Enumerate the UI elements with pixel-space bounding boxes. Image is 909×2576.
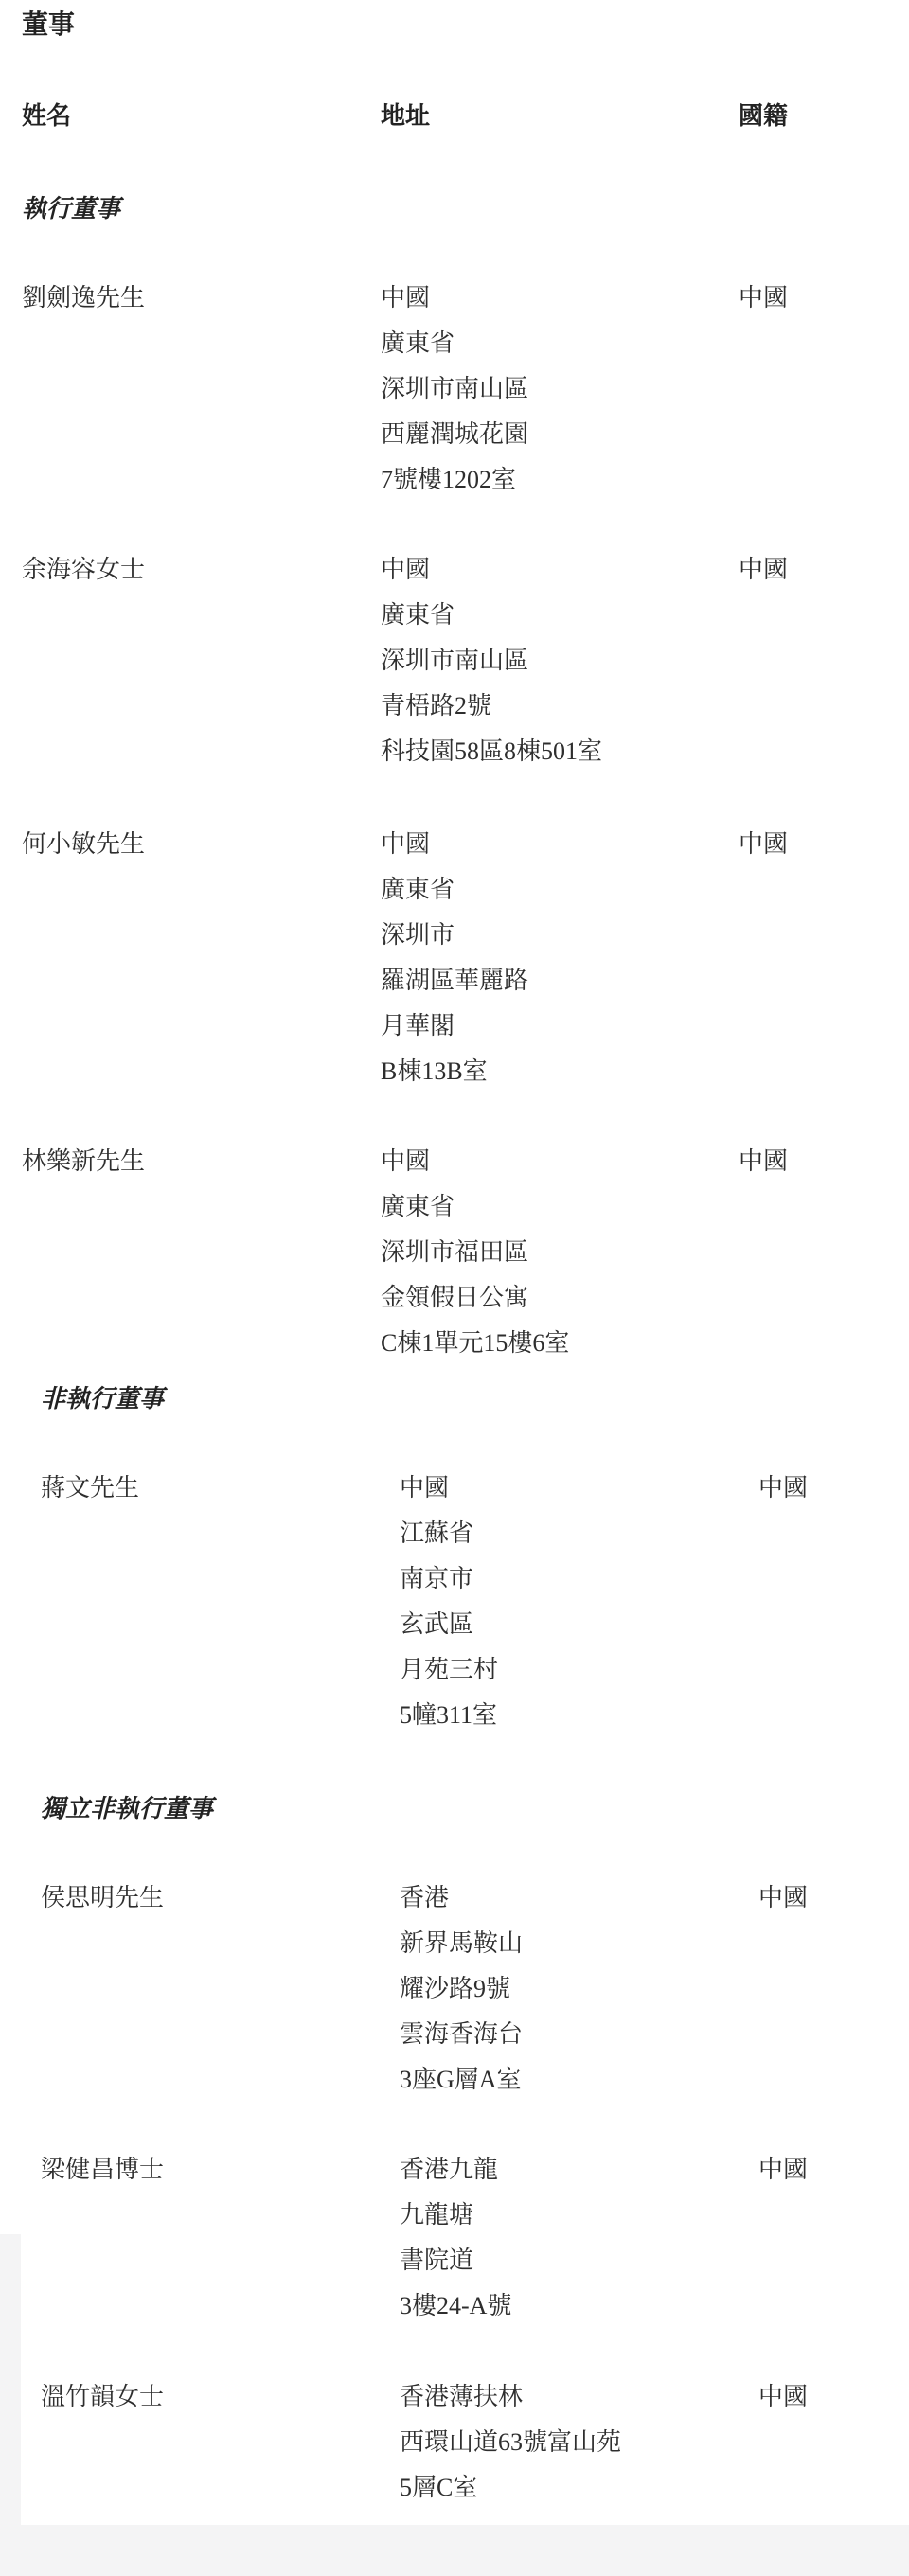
director-address: 中國 廣東省 深圳市南山區 西麗潤城花園 7號樓1202室 <box>381 275 528 503</box>
director-address: 香港九龍 九龍塘 書院道 3樓24-A號 <box>400 2147 511 2329</box>
address-line: C棟1單元15樓6室 <box>381 1321 569 1366</box>
address-line: 耀沙路9號 <box>400 1966 523 2012</box>
address-line: 中國 <box>381 275 528 321</box>
address-line: 青梧路2號 <box>381 684 602 729</box>
address-line: 廣東省 <box>381 1184 569 1230</box>
address-line: 中國 <box>381 1139 569 1184</box>
director-address: 香港薄扶林 西環山道63號富山苑 5層C室 <box>400 2374 621 2511</box>
director-address: 中國 廣東省 深圳市南山區 青梧路2號 科技園58區8棟501室 <box>381 547 602 774</box>
director-name: 余海容女士 <box>22 547 145 593</box>
address-line: 3座G層A室 <box>400 2057 523 2103</box>
address-line: 廣東省 <box>381 867 528 913</box>
address-line: 深圳市南山區 <box>381 366 528 412</box>
director-name: 蔣文先生 <box>41 1466 139 1511</box>
address-line: 7號樓1202室 <box>381 457 528 503</box>
address-line: 香港薄扶林 <box>400 2374 621 2420</box>
address-line: 中國 <box>381 547 602 593</box>
director-nationality: 中國 <box>739 547 788 593</box>
address-line: 中國 <box>400 1466 498 1511</box>
address-line: 西環山道63號富山苑 <box>400 2420 621 2465</box>
director-name: 梁健昌博士 <box>41 2147 164 2193</box>
director-nationality: 中國 <box>758 2147 808 2193</box>
address-line: 中國 <box>381 822 528 867</box>
director-name: 何小敏先生 <box>22 822 145 867</box>
director-nationality: 中國 <box>739 1139 788 1184</box>
director-nationality: 中國 <box>758 1875 808 1921</box>
page-title: 董事 <box>22 10 75 39</box>
section-heading-non-executive: 非執行董事 <box>41 1384 164 1412</box>
address-line: 南京市 <box>400 1556 498 1602</box>
director-address: 中國 廣東省 深圳市 羅湖區華麗路 月華閣 B棟13B室 <box>381 822 528 1094</box>
director-nationality: 中國 <box>758 1466 808 1511</box>
column-header-name: 姓名 <box>22 101 71 130</box>
address-line: 科技園58區8棟501室 <box>381 729 602 774</box>
address-line: 深圳市 <box>381 913 528 958</box>
address-line: 香港九龍 <box>400 2147 511 2193</box>
address-line: 新界馬鞍山 <box>400 1921 523 1966</box>
director-nationality: 中國 <box>739 822 788 867</box>
director-nationality: 中國 <box>739 275 788 321</box>
address-line: 月華閣 <box>381 1004 528 1049</box>
address-line: 廣東省 <box>381 593 602 638</box>
address-line: 江蘇省 <box>400 1511 498 1556</box>
left-gray-margin <box>0 2234 21 2525</box>
section-heading-independent: 獨立非執行董事 <box>41 1794 213 1822</box>
address-line: 5層C室 <box>400 2465 621 2511</box>
address-line: 西麗潤城花園 <box>381 412 528 457</box>
director-name: 溫竹韻女士 <box>41 2374 164 2420</box>
address-line: 金領假日公寓 <box>381 1275 569 1321</box>
director-address: 香港 新界馬鞍山 耀沙路9號 雲海香海台 3座G層A室 <box>400 1875 523 2103</box>
address-line: 廣東省 <box>381 321 528 366</box>
address-line: 雲海香海台 <box>400 2012 523 2057</box>
director-address: 中國 廣東省 深圳市福田區 金領假日公寓 C棟1單元15樓6室 <box>381 1139 569 1366</box>
director-name: 林樂新先生 <box>22 1139 145 1184</box>
address-line: 深圳市福田區 <box>381 1230 569 1275</box>
address-line: 玄武區 <box>400 1602 498 1647</box>
director-name: 劉劍逸先生 <box>22 275 145 321</box>
address-line: 3樓24-A號 <box>400 2283 511 2329</box>
address-line: B棟13B室 <box>381 1049 528 1094</box>
address-line: 九龍塘 <box>400 2193 511 2238</box>
column-header-nationality: 國籍 <box>739 101 788 130</box>
column-header-address: 地址 <box>381 101 430 130</box>
bottom-gray-band <box>0 2525 909 2576</box>
director-name: 侯思明先生 <box>41 1875 164 1921</box>
address-line: 5幢311室 <box>400 1693 498 1738</box>
address-line: 羅湖區華麗路 <box>381 958 528 1004</box>
address-line: 月苑三村 <box>400 1647 498 1693</box>
director-address: 中國 江蘇省 南京市 玄武區 月苑三村 5幢311室 <box>400 1466 498 1738</box>
section-heading-executive: 執行董事 <box>22 194 120 222</box>
address-line: 深圳市南山區 <box>381 638 602 684</box>
address-line: 香港 <box>400 1875 523 1921</box>
director-nationality: 中國 <box>758 2374 808 2420</box>
address-line: 書院道 <box>400 2238 511 2283</box>
